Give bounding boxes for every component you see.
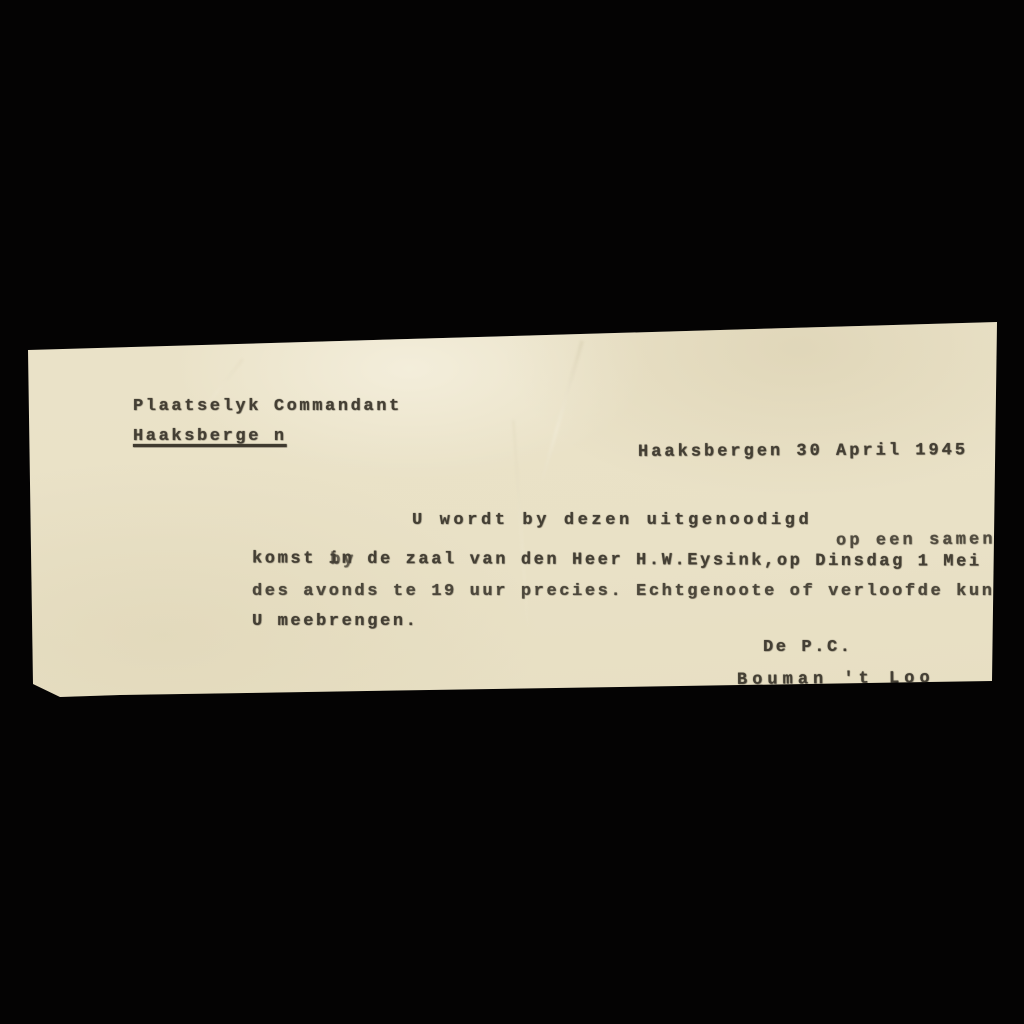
- signature-name-line: Bouman 't Loo: [737, 669, 935, 691]
- body-line-4: U meebrengen.: [252, 612, 418, 632]
- body-line-overflow: op een samen@: [836, 530, 1009, 551]
- paper-sheet: Plaatselyk Commandant Haaksberge n Haaks…: [0, 0, 1024, 1024]
- body-line-2-prefix: komst: [252, 549, 329, 568]
- sender-title-line: Plaatselyk Commandant: [133, 397, 402, 417]
- scan-background: Plaatselyk Commandant Haaksberge n Haaks…: [0, 0, 1024, 1024]
- overstruck-word-top: in: [329, 550, 355, 569]
- body-line-2-rest: de zaal van den Heer H.W.Eysink,op Dinsd…: [354, 550, 981, 572]
- paper-crease: [539, 340, 583, 485]
- body-line-1: U wordt by dezen uitgenoodigd: [412, 511, 812, 531]
- body-line-3: des avonds te 19 uur precies. Echtgenoot…: [252, 582, 1007, 602]
- signature-role-line: De P.C.: [763, 638, 853, 658]
- overstruck-word: byin: [329, 550, 355, 570]
- sender-place-line: Haaksberge n: [133, 427, 287, 447]
- dateline: Haaksbergen 30 April 1945: [638, 441, 968, 463]
- body-line-2: komst byin de zaal van den Heer H.W.Eysi…: [252, 549, 982, 572]
